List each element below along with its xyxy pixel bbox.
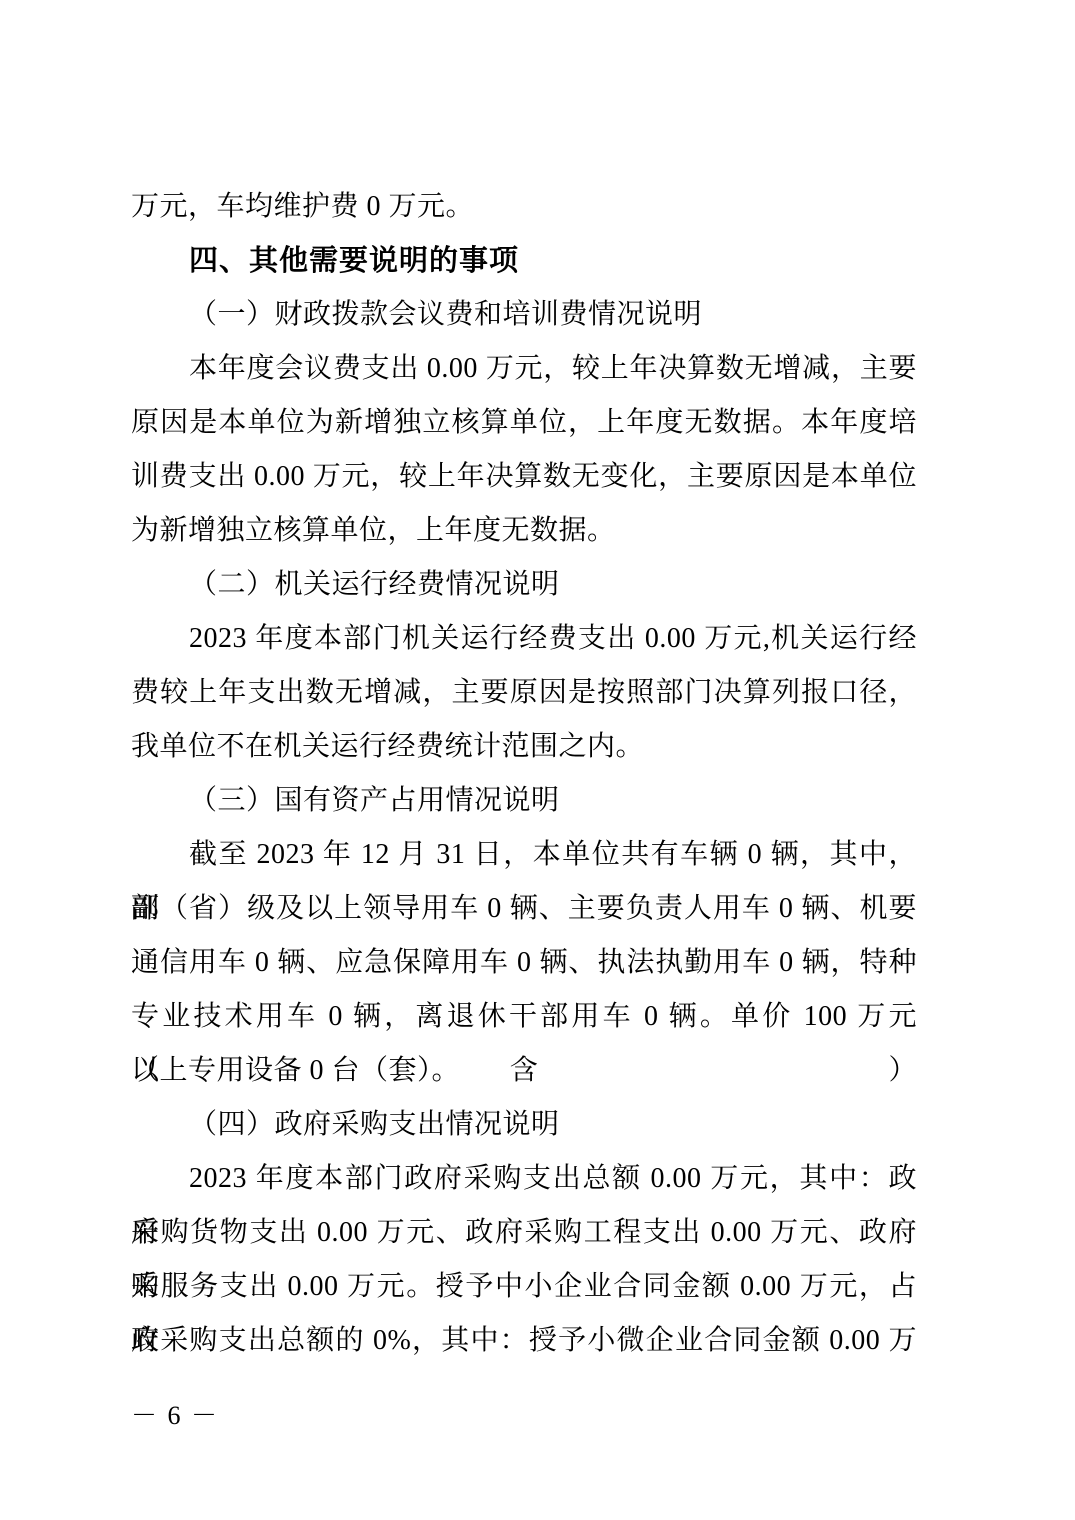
subsection-heading: （一）财政拨款会议费和培训费情况说明 [131,288,917,342]
body-line: 我单位不在机关运行经费统计范围之内。 [131,720,917,774]
document-page: 万元，车均维护费 0 万元。 四、其他需要说明的事项 （一）财政拨款会议费和培训… [0,0,1075,1520]
body-line: 费较上年支出数无增减，主要原因是按照部门决算列报口径， [131,666,917,720]
body-line: 购服务支出 0.00 万元。授予中小企业合同金额 0.00 万元，占政 [131,1260,917,1314]
page-number: － 6 － [131,1401,219,1430]
body-line: 原因是本单位为新增独立核算单位，上年度无数据。本年度培 [131,396,917,450]
body-line: 部（省）级及以上领导用车 0 辆、主要负责人用车 0 辆、机要 [131,882,917,936]
body-line: 本年度会议费支出 0.00 万元，较上年决算数无增减，主要 [131,342,917,396]
body-line: 专业技术用车 0 辆，离退休干部用车 0 辆。单价 100 万元（含） [131,990,917,1044]
body-line: 府采购支出总额的 0%，其中：授予小微企业合同金额 0.00 万 [131,1314,917,1368]
text-block: 万元，车均维护费 0 万元。 四、其他需要说明的事项 （一）财政拨款会议费和培训… [131,180,917,1368]
body-line: 训费支出 0.00 万元，较上年决算数无变化，主要原因是本单位 [131,450,917,504]
body-line: 通信用车 0 辆、应急保障用车 0 辆、执法执勤用车 0 辆，特种 [131,936,917,990]
subsection-heading: （二）机关运行经费情况说明 [131,558,917,612]
body-line: 万元，车均维护费 0 万元。 [131,180,917,234]
body-line: 为新增独立核算单位，上年度无数据。 [131,504,917,558]
body-line: 2023 年度本部门政府采购支出总额 0.00 万元，其中：政府 [131,1152,917,1206]
subsection-heading: （四）政府采购支出情况说明 [131,1098,917,1152]
body-line: 截至 2023 年 12 月 31 日，本单位共有车辆 0 辆，其中，副 [131,828,917,882]
body-line: 采购货物支出 0.00 万元、政府采购工程支出 0.00 万元、政府采 [131,1206,917,1260]
subsection-heading: （三）国有资产占用情况说明 [131,774,917,828]
section-heading: 四、其他需要说明的事项 [131,234,917,288]
body-line: 2023 年度本部门机关运行经费支出 0.00 万元,机关运行经 [131,612,917,666]
page-footer: － 6 － [131,1400,219,1432]
